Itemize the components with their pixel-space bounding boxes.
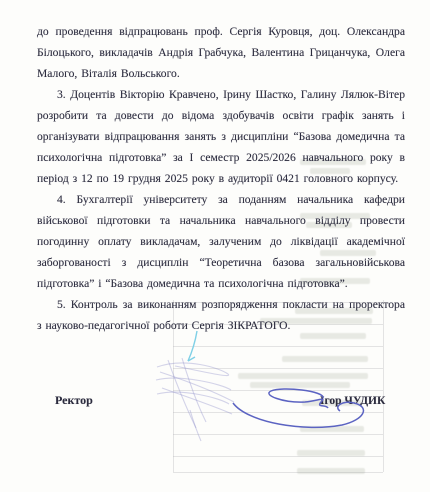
bleedthrough-text xyxy=(282,356,368,362)
paragraph-continuation: до проведення відпрацювань проф. Сергія … xyxy=(37,21,405,84)
bleedthrough-text xyxy=(297,468,365,474)
signatory-role-label: Ректор xyxy=(55,393,93,408)
bleedthrough-text xyxy=(250,382,350,388)
bleedthrough-text xyxy=(300,426,364,432)
paragraph-item-3: 3. Доцентів Вікторію Кравчено, Ірину Шас… xyxy=(37,84,405,189)
bleedthrough-text xyxy=(238,373,368,379)
bleedthrough-signature-scribble xyxy=(156,358,234,441)
scanned-document-page: до проведення відпрацювань проф. Сергія … xyxy=(0,0,430,492)
order-body-text: до проведення відпрацювань проф. Сергія … xyxy=(37,21,405,336)
bleedthrough-hline xyxy=(173,456,383,457)
paragraph-item-5: 5. Контроль за виконанням розпорядження … xyxy=(37,294,405,336)
bleedthrough-hline xyxy=(173,412,383,413)
bleedthrough-hline xyxy=(173,434,383,435)
bleedthrough-text xyxy=(297,450,365,456)
bleedthrough-hline xyxy=(173,368,383,369)
bleedthrough-hline xyxy=(173,390,383,391)
bleedthrough-hline xyxy=(173,346,383,347)
signatory-name: Ігор ЧУДИК xyxy=(320,395,385,407)
paragraph-item-4: 4. Бухгалтерії університету за поданням … xyxy=(37,189,405,294)
